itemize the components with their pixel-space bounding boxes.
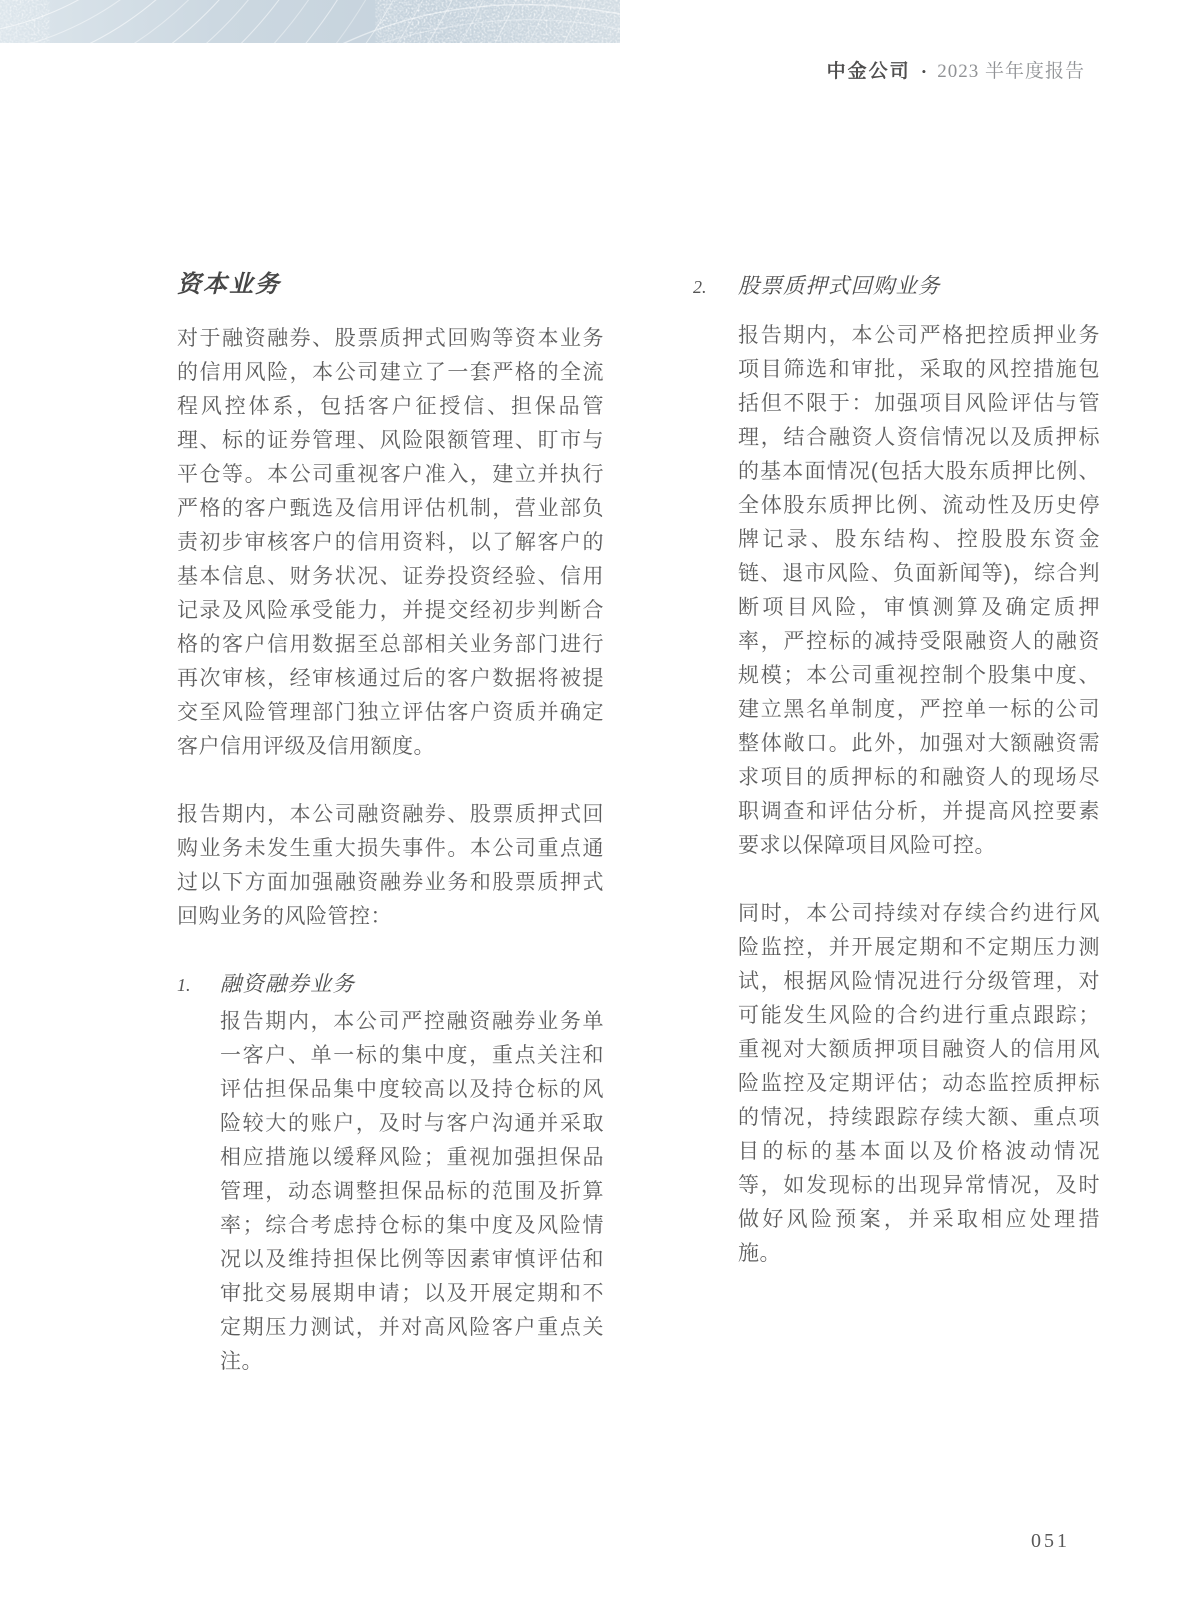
section-heading-capital-business: 资本业务 [177,270,604,300]
list-item-heading: 1. 融资融券业务 [177,968,604,1001]
report-page: 中金公司 • 2023 半年度报告 资本业务 对于融资融券、股票质押式回购等资本… [0,0,1190,1615]
left-column: 资本业务 对于融资融券、股票质押式回购等资本业务的信用风险，本公司建立了一套严格… [177,270,604,1379]
list-item-heading: 2. 股票质押式回购业务 [693,270,1100,303]
item-number: 2. [693,271,738,303]
page-number: 051 [1031,1530,1070,1553]
header-bullet-icon: • [922,60,927,84]
item-number: 1. [177,969,220,1001]
right-column: 2. 股票质押式回购业务 报告期内，本公司严格把控质押业务项目筛选和审批，采取的… [693,270,1100,1379]
stock-pledge-paragraph-2: 同时，本公司持续对存续合约进行风险监控，并开展定期和不定期压力测试，根据风险情况… [738,897,1100,1271]
stock-pledge-paragraph-1: 报告期内，本公司严格把控质押业务项目筛选和审批，采取的风控措施包括但不限于：加强… [738,319,1100,863]
report-title: 2023 半年度报告 [937,60,1085,84]
list-item-margin-financing: 1. 融资融券业务 报告期内，本公司严控融资融券业务单一客户、单一标的集中度，重… [177,968,604,1379]
page-content: 资本业务 对于融资融券、股票质押式回购等资本业务的信用风险，本公司建立了一套严格… [177,270,1100,1379]
decorative-wave-banner [0,0,620,43]
capital-business-paragraph-1: 对于融资融券、股票质押式回购等资本业务的信用风险，本公司建立了一套严格的全流程风… [177,322,604,764]
item-title-stock-pledge-repo: 股票质押式回购业务 [738,270,941,302]
margin-financing-paragraph: 报告期内，本公司严控融资融券业务单一客户、单一标的集中度，重点关注和评估担保品集… [220,1005,604,1379]
wave-pattern-graphic [0,0,620,43]
company-name: 中金公司 [827,60,911,84]
page-header: 中金公司 • 2023 半年度报告 [827,60,1085,84]
item-title-margin-financing: 融资融券业务 [220,968,355,1000]
capital-business-paragraph-2: 报告期内，本公司融资融券、股票质押式回购业务未发生重大损失事件。本公司重点通过以… [177,798,604,934]
list-item-stock-pledge-repo: 2. 股票质押式回购业务 报告期内，本公司严格把控质押业务项目筛选和审批，采取的… [693,270,1100,1271]
